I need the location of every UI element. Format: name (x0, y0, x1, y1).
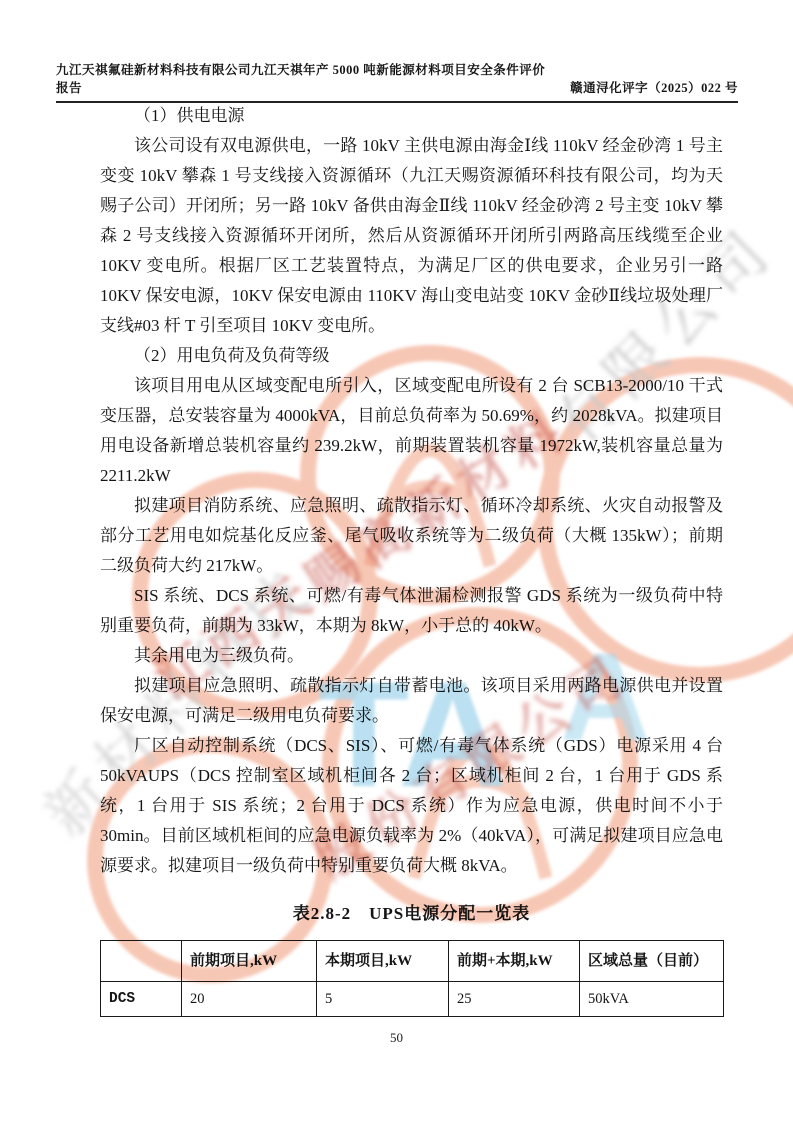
table-cell-dcs-total: 25 (449, 982, 580, 1017)
table-cell-dcs-label: DCS (101, 982, 182, 1017)
para-power-supply-detail: 该公司设有双电源供电，一路 10kV 主供电源由海金Ⅰ线 110kV 经金砂湾 … (100, 131, 723, 341)
table-header-cell-total: 前期+本期,kW (449, 941, 580, 982)
para-tertiary-load: 其余用电为三级负荷。 (100, 641, 723, 671)
table-caption: 表2.8-2 UPS电源分配一览表 (100, 899, 723, 929)
section-heading-power-source: （1）供电电源 (100, 101, 723, 131)
para-load-capacity: 该项目用电从区域变配电所引入，区域变配电所设有 2 台 SCB13-2000/1… (100, 371, 723, 491)
page-header: 九江天祺氟硅新材料科技有限公司九江天祺年产 5000 吨新能源材料项目安全条件评… (56, 60, 738, 103)
para-secondary-load: 拟建项目消防系统、应急照明、疏散指示灯、循环冷却系统、火灾自动报警及部分工艺用电… (100, 491, 723, 581)
document-page: 九江天祺氟硅新材料科技有限公司九江天祺年产 5000 吨新能源材料项目安全条件评… (0, 0, 793, 1122)
table-header-cell-early: 前期项目,kW (182, 941, 317, 982)
table-header-cell-current: 本期项目,kW (317, 941, 449, 982)
document-body: （1）供电电源 该公司设有双电源供电，一路 10kV 主供电源由海金Ⅰ线 110… (100, 101, 723, 1017)
table-cell-dcs-early: 20 (182, 982, 317, 1017)
section-heading-load-grades: （2）用电负荷及负荷等级 (100, 341, 723, 371)
header-doc-number: 赣通浔化评字（2025）022 号 (570, 78, 738, 96)
table-cell-dcs-current: 5 (317, 982, 449, 1017)
para-ups-emergency-power: 厂区自动控制系统（DCS、SIS）、可燃/有毒气体系统（GDS）电源采用 4 台… (100, 731, 723, 881)
table-header-cell-region: 区域总量（目前） (580, 941, 724, 982)
para-primary-load: SIS 系统、DCS 系统、可燃/有毒气体泄漏检测报警 GDS 系统为一级负荷中… (100, 581, 723, 641)
page-number: 50 (0, 1030, 793, 1046)
para-emergency-lighting: 拟建项目应急照明、疏散指示灯自带蓄电池。该项目采用两路电源供电并设置保安电源，可… (100, 671, 723, 731)
ups-allocation-table: 前期项目,kW 本期项目,kW 前期+本期,kW 区域总量（目前） DCS 20… (100, 940, 724, 1017)
table-row-dcs: DCS 20 5 25 50kVA (101, 982, 724, 1017)
table-header-row: 前期项目,kW 本期项目,kW 前期+本期,kW 区域总量（目前） (101, 941, 724, 982)
table-header-cell-empty (101, 941, 182, 982)
header-report-title: 九江天祺氟硅新材料科技有限公司九江天祺年产 5000 吨新能源材料项目安全条件评… (56, 60, 556, 96)
table-cell-dcs-region: 50kVA (580, 982, 724, 1017)
